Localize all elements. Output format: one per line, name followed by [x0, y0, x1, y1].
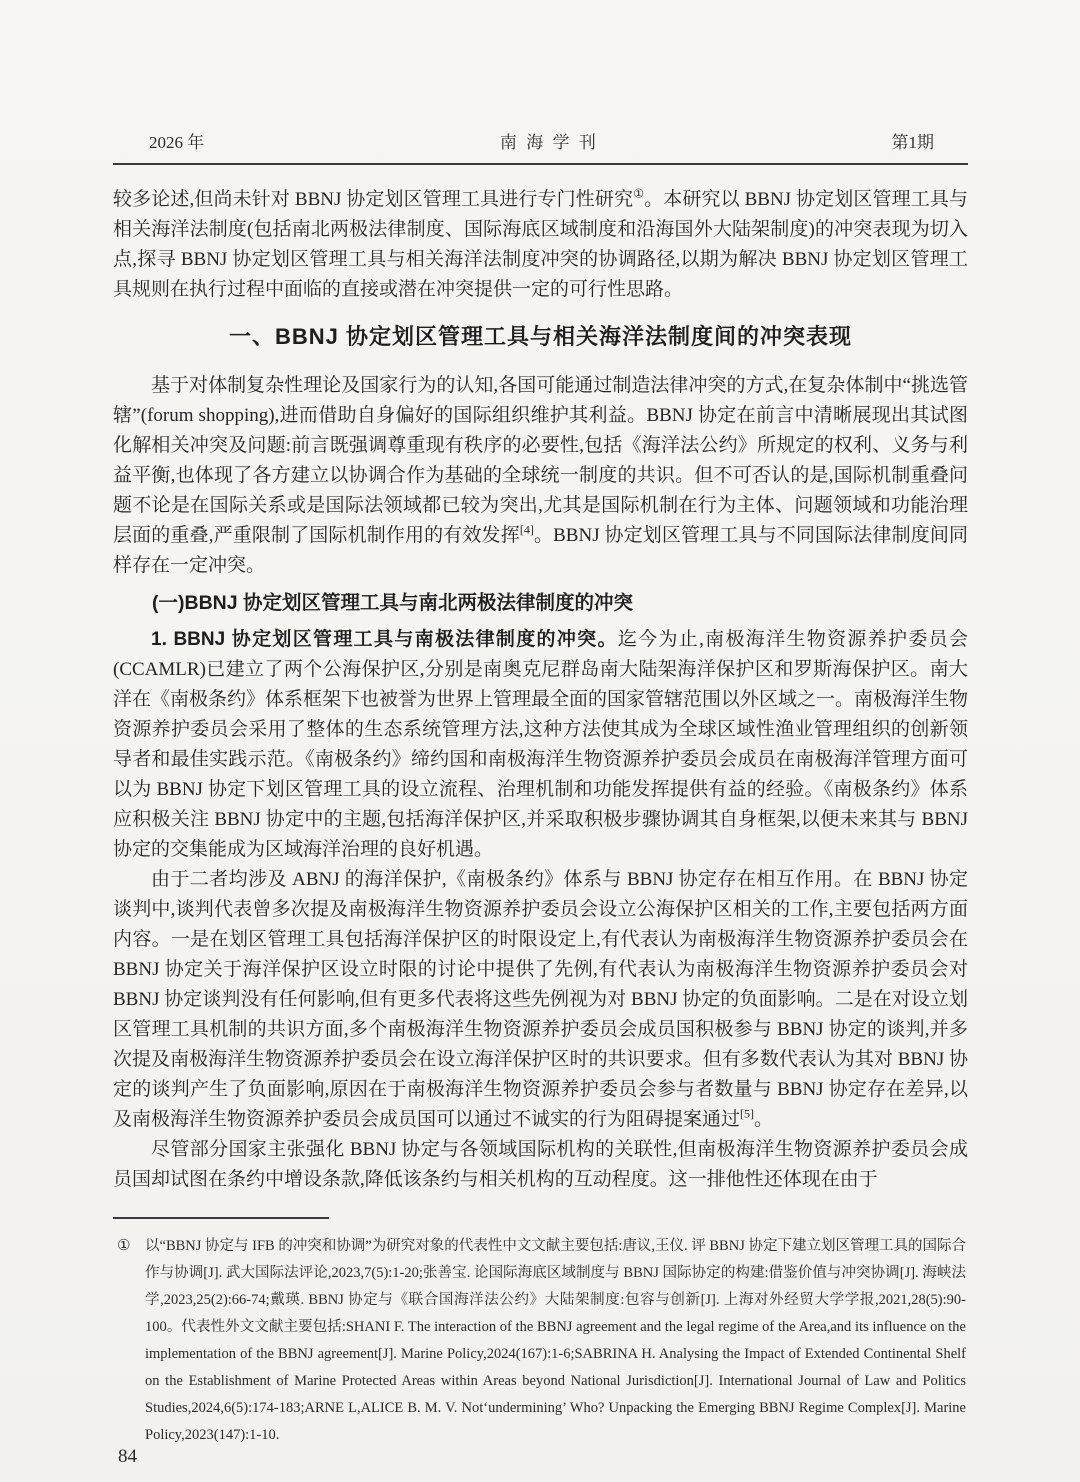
paragraph-abnj-interaction: 由于二者均涉及 ABNJ 的海洋保护,《南极条约》体系与 BBNJ 协定存在相互… — [113, 865, 968, 1135]
paragraph-text: 较多论述,但尚未针对 BBNJ 协定划区管理工具进行专门性研究 — [113, 189, 633, 210]
paragraph-regime-complexity: 基于对体制复杂性理论及国家行为的认知,各国可能通过制造法律冲突的方式,在复杂体制… — [113, 371, 968, 581]
paragraph-text: 基于对体制复杂性理论及国家行为的认知,各国可能通过制造法律冲突的方式,在复杂体制… — [113, 375, 968, 546]
paragraph-intro-continuation: 较多论述,但尚未针对 BBNJ 协定划区管理工具进行专门性研究①。本研究以 BB… — [113, 185, 968, 305]
article-body: 较多论述,但尚未针对 BBNJ 协定划区管理工具进行专门性研究①。本研究以 BB… — [113, 185, 968, 1195]
paragraph-antarctic-conflict: 1. BBNJ 协定划区管理工具与南极法律制度的冲突。迄今为止,南极海洋生物资源… — [113, 625, 968, 865]
paragraph-text: 由于二者均涉及 ABNJ 的海洋保护,《南极条约》体系与 BBNJ 协定存在相互… — [113, 869, 968, 1130]
citation-reference-4: [4] — [520, 523, 534, 537]
footnote-marker-circle-1: ① — [113, 1233, 145, 1449]
paragraph-exclusivity: 尽管部分国家主张强化 BBNJ 协定与各领域国际机构的关联性,但南极海洋生物资源… — [113, 1135, 968, 1195]
header-journal-title: 南海学刊 — [491, 128, 606, 153]
section-heading-1: 一、BBNJ 协定划区管理工具与相关海洋法制度间的冲突表现 — [113, 321, 968, 353]
footnote-reference-circle-1: ① — [633, 187, 644, 201]
citation-reference-5: [5] — [740, 1107, 754, 1121]
journal-page: 2026 年 南海学刊 第1期 较多论述,但尚未针对 BBNJ 协定划区管理工具… — [0, 0, 1080, 1482]
header-issue-number: 第1期 — [892, 128, 935, 153]
page-header: 2026 年 南海学刊 第1期 — [113, 128, 968, 163]
paragraph-text: 。 — [754, 1109, 773, 1130]
footnote-block: ① 以“BBNJ 协定与 IFB 的冲突和协调”为研究对象的代表性中文文献主要包… — [113, 1233, 968, 1449]
paragraph-lead-bold: 1. BBNJ 协定划区管理工具与南极法律制度的冲突。 — [151, 629, 618, 650]
header-rule — [113, 163, 968, 165]
subsection-heading-1-1: (一)BBNJ 协定划区管理工具与南北两极法律制度的冲突 — [113, 587, 968, 619]
paragraph-text: 迄今为止,南极海洋生物资源养护委员会(CCAMLR)已建立了两个公海保护区,分别… — [113, 629, 968, 860]
footnote-text: 以“BBNJ 协定与 IFB 的冲突和协调”为研究对象的代表性中文文献主要包括:… — [145, 1233, 966, 1449]
footnote-separator-rule — [113, 1217, 329, 1219]
page-number: 84 — [118, 1446, 137, 1468]
header-year: 2026 年 — [149, 128, 204, 153]
